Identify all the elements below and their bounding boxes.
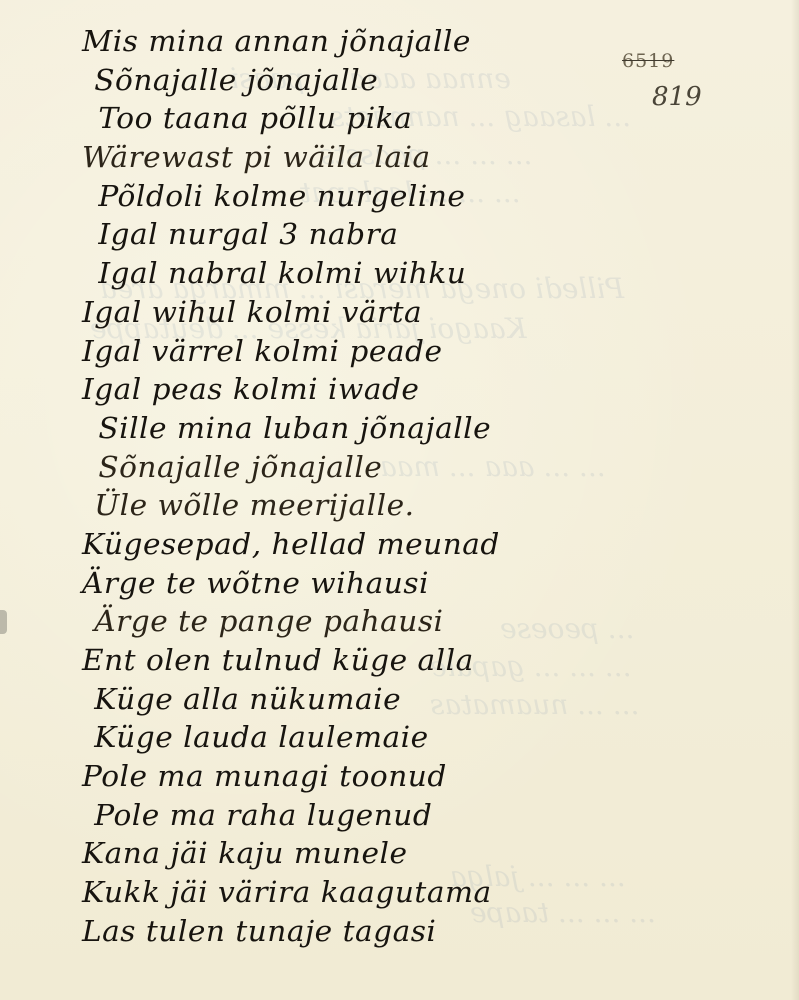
poem-line: Kana jäi kaju munele bbox=[82, 834, 500, 873]
poem-line: Ärge te pange pahausi bbox=[82, 602, 500, 641]
poem-line: Ent olen tulnud küge alla bbox=[82, 641, 500, 680]
poem-line: Igal peas kolmi iwade bbox=[82, 370, 500, 409]
manuscript-page: ennaa aaaa ... paasi ... lasaag ... nann… bbox=[0, 0, 799, 1000]
poem-line: Pole ma raha lugenud bbox=[82, 796, 500, 835]
poem-line: Küge lauda laulemaie bbox=[82, 718, 500, 757]
poem-line: Sõnajalle jõnajalle bbox=[82, 61, 500, 100]
poem-line: Igal värrel kolmi peade bbox=[82, 332, 500, 371]
poem-line: Põldoli kolme nurgeline bbox=[82, 177, 500, 216]
poem-line: Mis mina annan jõnajalle bbox=[82, 22, 500, 61]
poem-line: Kukk jäi värira kaagutama bbox=[82, 873, 500, 912]
poem-line: Ärge te wõtne wihausi bbox=[82, 564, 500, 603]
poem-line: Igal wihul kolmi värta bbox=[82, 293, 500, 332]
poem-line: Wärewast pi wäila laia bbox=[82, 138, 500, 177]
poem-line: Sille mina luban jõnajalle bbox=[82, 409, 500, 448]
poem-line: Igal nabral kolmi wihku bbox=[82, 254, 500, 293]
poem-line: Pole ma munagi toonud bbox=[82, 757, 500, 796]
page-number: 819 bbox=[652, 82, 702, 112]
poem-text: Mis mina annan jõnajalle Sõnajalle jõnaj… bbox=[82, 22, 492, 951]
page-edge-shadow bbox=[791, 0, 799, 1000]
poem-line: Las tulen tunaje tagasi bbox=[82, 912, 500, 951]
poem-line: Too taana põllu pika bbox=[82, 99, 500, 138]
binding-mark bbox=[0, 610, 7, 634]
poem-line: Üle wõlle meerijalle. bbox=[82, 486, 500, 525]
archive-number-struck: 6519 bbox=[622, 50, 674, 72]
poem-line: Küge alla nükumaie bbox=[82, 680, 500, 719]
poem-line: Kügesepad, hellad meunad bbox=[82, 525, 500, 564]
poem-line: Sõnajalle jõnajalle bbox=[82, 448, 500, 487]
bleed-line: ... peoese bbox=[500, 612, 634, 645]
poem-line: Igal nurgal 3 nabra bbox=[82, 215, 500, 254]
